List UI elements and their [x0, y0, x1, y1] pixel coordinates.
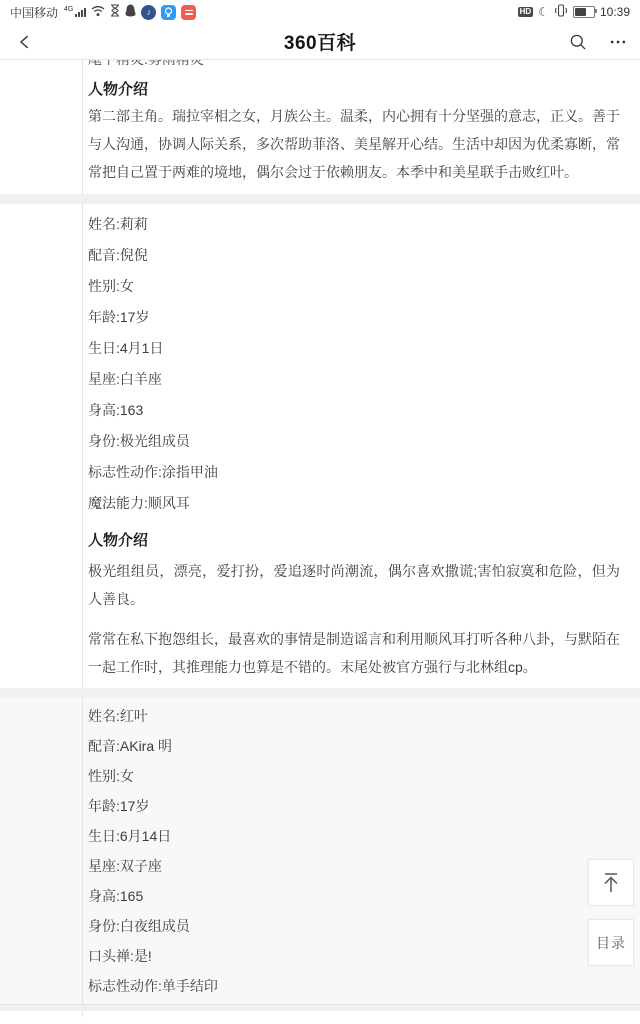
cell-signal-icon: 4G: [64, 8, 86, 17]
more-menu-button[interactable]: [604, 28, 632, 56]
back-to-top-button[interactable]: [588, 859, 634, 906]
hourglass-icon: [110, 4, 120, 20]
field-magic-ability: 魔法能力:顺风耳: [88, 488, 620, 519]
arrow-up-to-top-icon: [600, 871, 622, 895]
section-intro-1: 人物介绍 第二部主角。瑞拉宰相之女，月族公主。温柔，内心拥有十分坚强的意志，正义…: [0, 80, 640, 194]
field-zodiac: 星座:双子座: [88, 851, 620, 881]
field-age: 年龄:17岁: [88, 791, 620, 821]
bottom-separator: [0, 1004, 640, 1011]
field-catchphrase: 口头禅:是!: [88, 941, 620, 971]
app-notification-icon-mail: [181, 5, 196, 20]
field-height: 身高:163: [88, 395, 620, 426]
intro-paragraph: 常常在私下抱怨组长，最喜欢的事情是制造谣言和利用顺风耳打听各种八卦，与默陌在一起…: [88, 625, 620, 681]
section-character-hongye: 姓名:红叶 配音:AKira 明 性别:女 年龄:17岁 生日:6月14日 星座…: [0, 698, 640, 1004]
status-bar: 中国移动 4G ♪: [0, 0, 640, 24]
network-type-label: 4G: [64, 6, 73, 13]
carrier-label: 中国移动: [10, 4, 58, 21]
toc-button-label: 目录: [596, 933, 626, 953]
clipped-text-row: 麾下精灵:雾雨精灵: [0, 60, 640, 68]
field-name: 姓名:莉莉: [88, 209, 620, 240]
app-notification-icon-blue-circle: ♪: [141, 5, 156, 20]
field-signature-action: 标志性动作:涂指甲油: [88, 457, 620, 488]
field-birthday: 生日:4月1日: [88, 333, 620, 364]
field-birthday: 生日:6月14日: [88, 821, 620, 851]
field-gender: 性别:女: [88, 761, 620, 791]
field-text: 麾下精灵:雾雨精灵: [88, 60, 640, 66]
search-icon: [568, 32, 588, 52]
nav-bar: 360百科: [0, 24, 640, 60]
search-button[interactable]: [564, 28, 592, 56]
page: 中国移动 4G ♪: [0, 0, 640, 1024]
section-heading: 人物介绍: [88, 80, 620, 100]
field-name: 姓名:红叶: [88, 701, 620, 731]
status-bar-right: HD ☾ 10:39: [518, 4, 630, 20]
app-notification-icon-bulb: [161, 5, 176, 20]
hd-volte-icon: HD: [518, 7, 534, 17]
chevron-left-icon: [16, 32, 36, 52]
field-voice-actor: 配音:倪倪: [88, 240, 620, 271]
section-separator: [0, 688, 640, 698]
wifi-icon: [91, 5, 105, 20]
field-signature-action: 标志性动作:单手结印: [88, 971, 620, 1001]
section-separator: [0, 194, 640, 204]
page-title: 360百科: [0, 28, 640, 55]
intro-paragraph: 第二部主角。瑞拉宰相之女，月族公主。温柔，内心拥有十分坚强的意志，正义。善于与人…: [88, 102, 620, 186]
back-button[interactable]: [12, 28, 40, 56]
status-bar-left: 中国移动 4G ♪: [10, 4, 196, 21]
field-height: 身高:165: [88, 881, 620, 911]
do-not-disturb-moon-icon: ☾: [538, 6, 549, 18]
section-heading: 人物介绍: [88, 531, 620, 551]
field-gender: 性别:女: [88, 271, 620, 302]
field-age: 年龄:17岁: [88, 302, 620, 333]
nav-actions: [564, 28, 632, 56]
table-of-contents-button[interactable]: 目录: [588, 919, 634, 966]
battery-icon: [573, 6, 595, 18]
field-zodiac: 星座:白羊座: [88, 364, 620, 395]
field-identity: 身份:极光组成员: [88, 426, 620, 457]
vibrate-icon: [554, 4, 568, 20]
field-voice-actor: 配音:AKira 明: [88, 731, 620, 761]
penguin-notification-icon: [125, 4, 136, 20]
more-dots-icon: [608, 32, 628, 52]
clock-time: 10:39: [600, 5, 630, 19]
intro-paragraph: 极光组组员，漂亮，爱打扮，爱追逐时尚潮流，偶尔喜欢撒谎;害怕寂寞和危险，但为人善…: [88, 557, 620, 613]
field-identity: 身份:白夜组成员: [88, 911, 620, 941]
section-character-lili: 姓名:莉莉 配音:倪倪 性别:女 年龄:17岁 生日:4月1日 星座:白羊座 身…: [0, 204, 640, 688]
